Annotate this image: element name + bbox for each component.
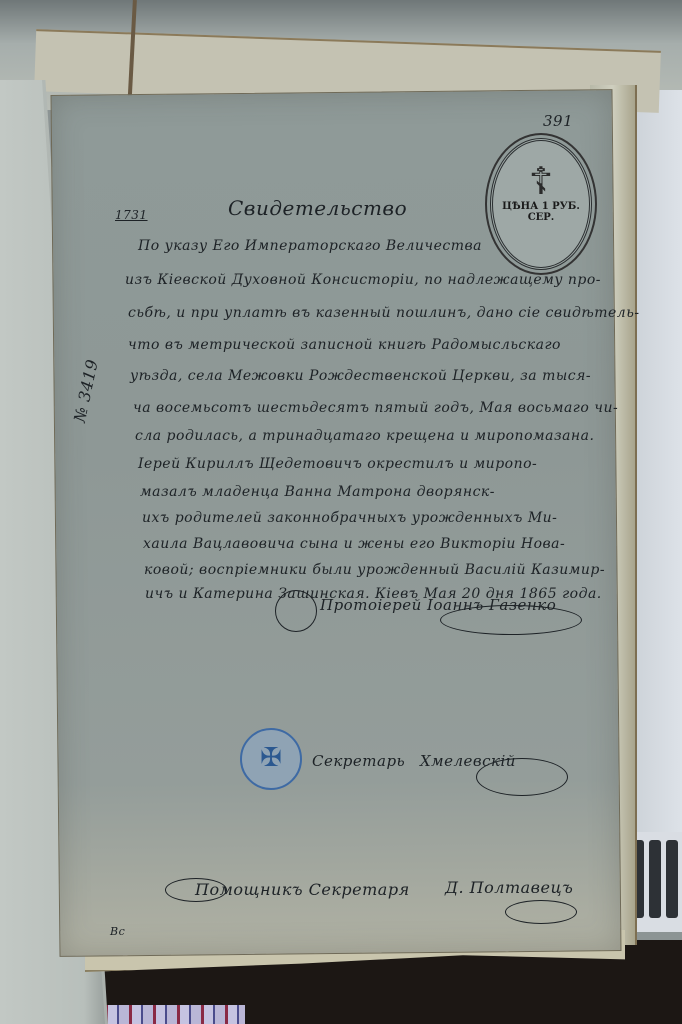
body-line-5: уѣзда, села Межовки Рождественской Церкв…: [130, 368, 591, 384]
signature-flourish: [505, 900, 577, 924]
assistant-secretary-label: Помощникъ Секретаря: [195, 880, 410, 899]
eagle-icon: ✠: [260, 743, 282, 773]
page-number: 391: [543, 112, 573, 130]
signature-flourish: [165, 878, 227, 902]
body-line-9: мазалъ младенца Ванна Матрона дворянск-: [140, 484, 495, 500]
body-line-1: По указу Его Императорскаго Величества: [138, 238, 482, 254]
consistory-seal: ✠: [240, 728, 302, 790]
signature-flourish: [476, 758, 568, 796]
body-line-4: что въ метрической записной книгѣ Радомы…: [128, 337, 561, 353]
document-title: Свидетельство: [228, 196, 407, 220]
revenue-stamp: ☦ ЦѢНА 1 РУБ. СЕР.: [490, 138, 592, 270]
assistant-secretary-name: Д. Полтавецъ: [445, 878, 573, 897]
body-line-7: сла родилась, а тринадцатаго крещена и м…: [135, 428, 594, 444]
secretary-label: Секретарь: [312, 752, 405, 770]
stamp-price: ЦѢНА 1 РУБ.: [493, 201, 589, 212]
registry-number: 1731: [115, 208, 148, 222]
stamp-price-unit: СЕР.: [493, 212, 589, 223]
corner-mark: Вс: [110, 925, 125, 938]
body-line-10: ихъ родителей законнобрачныхъ урожденных…: [142, 510, 557, 526]
body-line-12: ковой; воспріемники были урожденный Васи…: [144, 562, 605, 578]
signature-flourish: [440, 605, 582, 635]
body-line-11: хаила Вацлавовича сына и жены его Виктор…: [143, 536, 565, 552]
body-line-2: изъ Кіевской Духовной Консисторіи, по на…: [125, 272, 601, 288]
body-line-6: ча восемьсотъ шестьдесятъ пятый годъ, Ма…: [133, 400, 618, 416]
signature-flourish: [275, 590, 317, 632]
body-line-3: сьбѣ, и при уплатѣ въ казенный пошлинъ, …: [128, 305, 640, 321]
plaid-fabric: [95, 1005, 245, 1024]
body-line-8: Іерей Кириллъ Щедетовичъ окрестилъ и мир…: [138, 456, 537, 472]
double-headed-eagle-icon: ☦: [493, 161, 589, 201]
